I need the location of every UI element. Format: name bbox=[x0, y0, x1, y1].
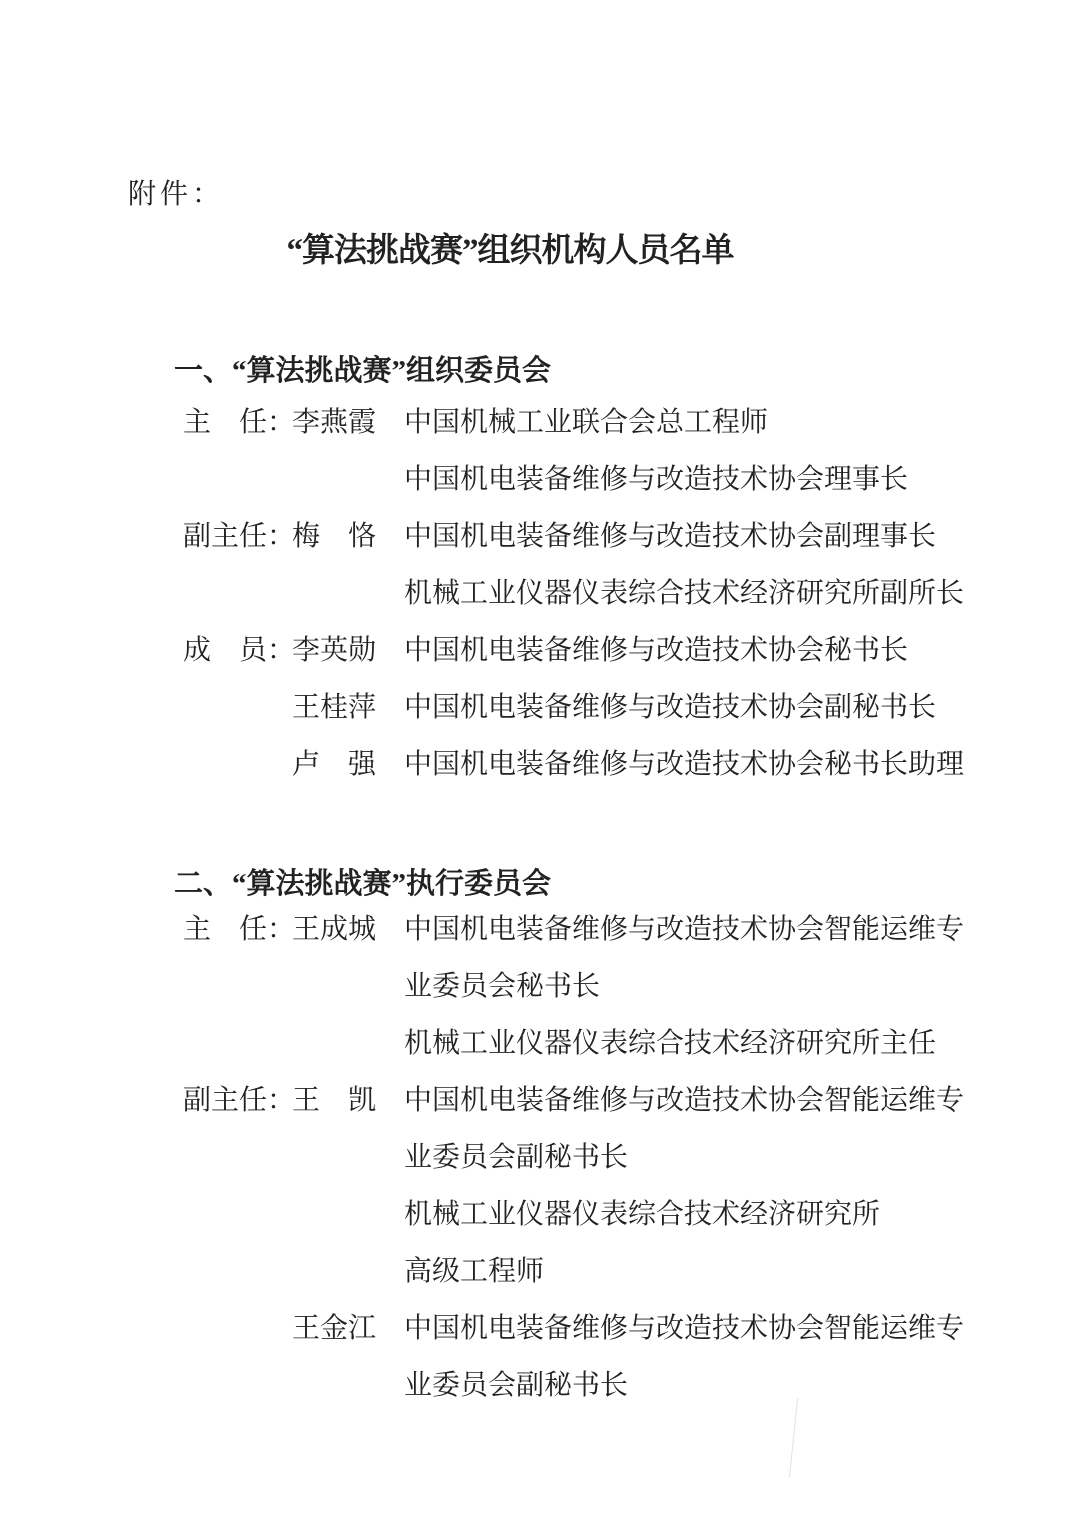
role-label: 副主任： bbox=[183, 508, 292, 565]
section-2-heading: 二、“算法挑战赛”执行委员会 bbox=[174, 861, 551, 902]
person-name: 李燕霞 bbox=[292, 394, 404, 451]
person-name: 梅 恪 bbox=[292, 508, 404, 565]
person-name: 李英勋 bbox=[292, 622, 404, 679]
personnel-row: 副主任： 梅 恪 中国机电装备维修与改造技术协会副理事长 bbox=[183, 508, 1040, 565]
role-label: 主 任： bbox=[183, 394, 292, 451]
personnel-row: 王桂萍 中国机电装备维修与改造技术协会副秘书长 bbox=[183, 679, 1040, 736]
person-title: 机械工业仪器仪表综合技术经济研究所副所长 bbox=[404, 565, 1040, 622]
person-title: 中国机电装备维修与改造技术协会智能运维专 bbox=[404, 1300, 1040, 1357]
person-name bbox=[292, 451, 404, 508]
personnel-row: 主 任： 李燕霞 中国机械工业联合会总工程师 bbox=[183, 394, 1040, 451]
personnel-row: 机械工业仪器仪表综合技术经济研究所 bbox=[183, 1186, 1040, 1243]
person-name bbox=[292, 565, 404, 622]
personnel-row: 业委员会副秘书长 bbox=[183, 1357, 1040, 1414]
person-title: 机械工业仪器仪表综合技术经济研究所主任 bbox=[404, 1015, 1040, 1072]
role-label bbox=[183, 1186, 292, 1243]
person-title: 业委员会秘书长 bbox=[404, 958, 1040, 1015]
role-label bbox=[183, 565, 292, 622]
document-title: “算法挑战赛”组织机构人员名单 bbox=[0, 224, 1020, 271]
role-label bbox=[183, 1300, 292, 1357]
personnel-row: 高级工程师 bbox=[183, 1243, 1040, 1300]
person-name: 王金江 bbox=[292, 1300, 404, 1357]
personnel-row: 卢 强 中国机电装备维修与改造技术协会秘书长助理 bbox=[183, 736, 1040, 793]
section-2-rows: 主 任： 王成城 中国机电装备维修与改造技术协会智能运维专 业委员会秘书长 机械… bbox=[183, 901, 1040, 1414]
section-1-rows: 主 任： 李燕霞 中国机械工业联合会总工程师 中国机电装备维修与改造技术协会理事… bbox=[183, 394, 1040, 793]
person-name: 王成城 bbox=[292, 901, 404, 958]
personnel-row: 机械工业仪器仪表综合技术经济研究所主任 bbox=[183, 1015, 1040, 1072]
person-name bbox=[292, 1357, 404, 1414]
personnel-row: 机械工业仪器仪表综合技术经济研究所副所长 bbox=[183, 565, 1040, 622]
person-title: 中国机电装备维修与改造技术协会秘书长助理 bbox=[404, 736, 1040, 793]
person-title: 中国机电装备维修与改造技术协会智能运维专 bbox=[404, 901, 1040, 958]
person-name: 卢 强 bbox=[292, 736, 404, 793]
role-label: 成 员： bbox=[183, 622, 292, 679]
person-name bbox=[292, 1186, 404, 1243]
person-title: 中国机械工业联合会总工程师 bbox=[404, 394, 1040, 451]
person-name bbox=[292, 958, 404, 1015]
attachment-label: 附件： bbox=[128, 172, 224, 212]
section-1-heading: 一、“算法挑战赛”组织委员会 bbox=[174, 348, 551, 389]
role-label: 主 任： bbox=[183, 901, 292, 958]
personnel-row: 业委员会副秘书长 bbox=[183, 1129, 1040, 1186]
role-label bbox=[183, 1243, 292, 1300]
person-name: 王 凯 bbox=[292, 1072, 404, 1129]
personnel-row: 副主任： 王 凯 中国机电装备维修与改造技术协会智能运维专 bbox=[183, 1072, 1040, 1129]
person-name bbox=[292, 1129, 404, 1186]
personnel-row: 中国机电装备维修与改造技术协会理事长 bbox=[183, 451, 1040, 508]
role-label bbox=[183, 1357, 292, 1414]
person-name: 王桂萍 bbox=[292, 679, 404, 736]
role-label bbox=[183, 958, 292, 1015]
role-label bbox=[183, 679, 292, 736]
person-title: 业委员会副秘书长 bbox=[404, 1129, 1040, 1186]
personnel-row: 成 员： 李英勋 中国机电装备维修与改造技术协会秘书长 bbox=[183, 622, 1040, 679]
person-title: 机械工业仪器仪表综合技术经济研究所 bbox=[404, 1186, 1040, 1243]
role-label bbox=[183, 736, 292, 793]
person-title: 中国机电装备维修与改造技术协会理事长 bbox=[404, 451, 1040, 508]
person-name bbox=[292, 1015, 404, 1072]
person-name bbox=[292, 1243, 404, 1300]
personnel-row: 王金江 中国机电装备维修与改造技术协会智能运维专 bbox=[183, 1300, 1040, 1357]
person-title: 中国机电装备维修与改造技术协会副秘书长 bbox=[404, 679, 1040, 736]
role-label bbox=[183, 1129, 292, 1186]
role-label bbox=[183, 451, 292, 508]
person-title: 业委员会副秘书长 bbox=[404, 1357, 1040, 1414]
document-page: 附件： “算法挑战赛”组织机构人员名单 一、“算法挑战赛”组织委员会 主 任： … bbox=[0, 0, 1080, 1527]
personnel-row: 主 任： 王成城 中国机电装备维修与改造技术协会智能运维专 bbox=[183, 901, 1040, 958]
role-label bbox=[183, 1015, 292, 1072]
person-title: 中国机电装备维修与改造技术协会智能运维专 bbox=[404, 1072, 1040, 1129]
person-title: 中国机电装备维修与改造技术协会副理事长 bbox=[404, 508, 1040, 565]
personnel-row: 业委员会秘书长 bbox=[183, 958, 1040, 1015]
person-title: 中国机电装备维修与改造技术协会秘书长 bbox=[404, 622, 1040, 679]
role-label: 副主任： bbox=[183, 1072, 292, 1129]
person-title: 高级工程师 bbox=[404, 1243, 1040, 1300]
